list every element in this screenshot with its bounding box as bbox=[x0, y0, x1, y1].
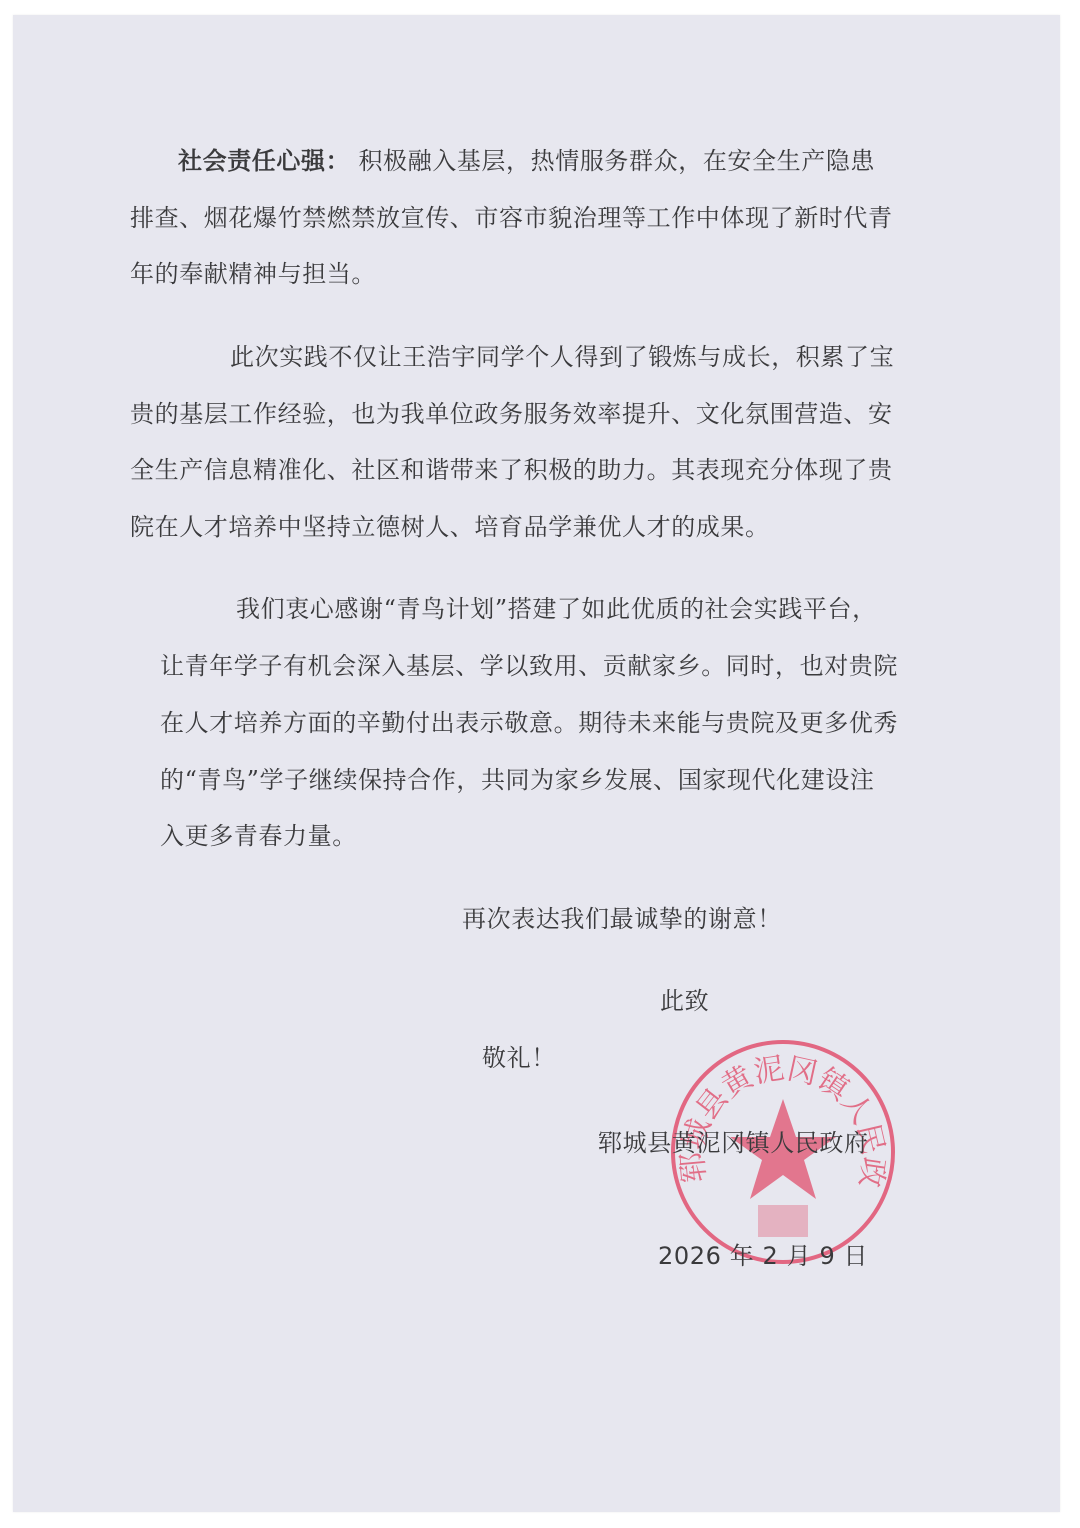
salutation-ci-zhi: 此致 bbox=[660, 986, 709, 1016]
paragraph-2-line-4: 院在人才培养中坚持立德树人、培育品学兼优人才的成果。 bbox=[130, 512, 770, 542]
paragraph-2-line-1: 此次实践不仅让王浩宇同学个人得到了锻炼与成长，积累了宝 bbox=[230, 342, 894, 372]
signatory: 郓城县黄泥冈镇人民政府 bbox=[598, 1128, 869, 1158]
paragraph-3-line-4: 的“青鸟”学子继续保持合作，共同为家乡发展、国家现代化建设注 bbox=[160, 765, 875, 795]
salutation-jing-li: 敬礼！ bbox=[482, 1043, 556, 1073]
paragraph-3-line-5: 入更多青春力量。 bbox=[160, 821, 357, 851]
paragraph-3-line-3: 在人才培养方面的辛勤付出表示敬意。期待未来能与贵院及更多优秀 bbox=[160, 708, 898, 738]
paragraph-3-line-1: 我们衷心感谢“青鸟计划”搭建了如此优质的社会实践平台， bbox=[236, 594, 877, 624]
closing-thanks: 再次表达我们最诚挚的谢意！ bbox=[462, 904, 782, 934]
paragraph-1-line-1: 社会责任心强： 积极融入基层，热情服务群众，在安全生产隐患 bbox=[178, 146, 875, 176]
paragraph-3-line-2: 让青年学子有机会深入基层、学以致用、贡献家乡。同时，也对贵院 bbox=[160, 651, 898, 681]
paragraph-2-line-2: 贵的基层工作经验，也为我单位政务服务效率提升、文化氛围营造、安 bbox=[130, 399, 893, 429]
document-page bbox=[13, 15, 1060, 1512]
paragraph-1-line-3: 年的奉献精神与担当。 bbox=[130, 259, 376, 289]
section-label: 社会责任心强： bbox=[178, 146, 350, 175]
paragraph-1-line-2: 排查、烟花爆竹禁燃禁放宣传、市容市貌治理等工作中体现了新时代青 bbox=[130, 203, 893, 233]
paragraph-2-line-3: 全生产信息精准化、社区和谐带来了积极的助力。其表现充分体现了贵 bbox=[130, 455, 893, 485]
signing-date: 2026 年 2 月 9 日 bbox=[658, 1241, 868, 1271]
